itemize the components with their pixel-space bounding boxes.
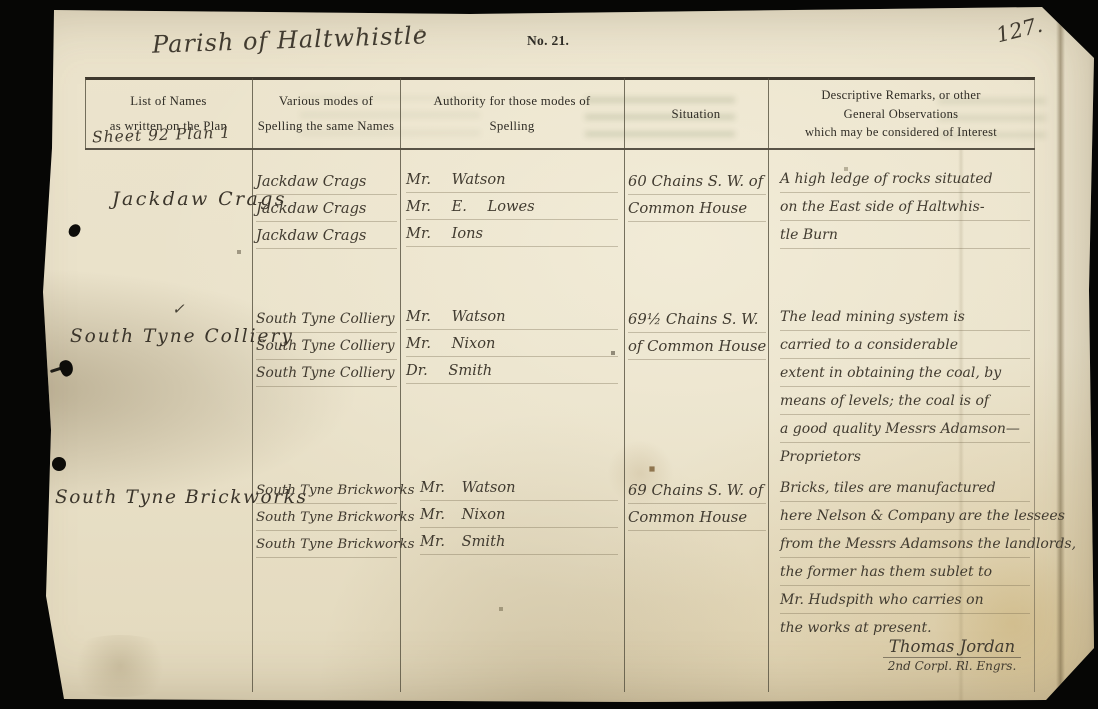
- spelling-entry: South Tyne Colliery: [256, 306, 397, 333]
- column-divider-3: [624, 78, 625, 692]
- ink-blot: [52, 457, 66, 471]
- situation-line: 69 Chains S. W. of: [628, 477, 766, 504]
- situation-line: Common House: [628, 195, 766, 222]
- authority-entry: Mr. Nixon: [406, 330, 618, 357]
- row1-authorities: Mr. Watson Mr. E. Lowes Mr. Ions: [406, 166, 618, 247]
- header-line: Situation: [624, 102, 768, 127]
- spelling-entry: South Tyne Brickworks: [256, 477, 397, 504]
- column-divider-1: [252, 78, 253, 692]
- page-number: 127.: [994, 13, 1045, 48]
- authority-entry: Mr. Watson: [406, 166, 618, 193]
- row2-authorities: Mr. Watson Mr. Nixon Dr. Smith: [406, 303, 618, 384]
- row3-authorities: Mr. Watson Mr. Nixon Mr. Smith: [420, 474, 618, 555]
- signature-rank: 2nd Corpl. Rl. Engrs.: [852, 659, 1052, 673]
- parish-title: Parish of Haltwhistle: [152, 21, 429, 59]
- header-line: Authority for those modes of: [400, 89, 624, 114]
- authority-entry: Mr. Ions: [406, 220, 618, 247]
- row1-spellings: Jackdaw Crags Jackdaw Crags Jackdaw Crag…: [256, 168, 397, 249]
- remarks-line: Bricks, tiles are manufactured: [780, 474, 1030, 502]
- ink-blot: [67, 223, 81, 239]
- authority-entry: Mr. Watson: [406, 303, 618, 330]
- remarks-line: carried to a considerable: [780, 331, 1030, 359]
- table-border-right: [1034, 78, 1035, 692]
- authority-entry: Dr. Smith: [406, 357, 618, 384]
- situation-line: Common House: [628, 504, 766, 531]
- remarks-line: means of levels; the coal is of: [780, 387, 1030, 415]
- scanned-document: Parish of Haltwhistle No. 21. 127. List …: [0, 0, 1098, 709]
- remarks-line: The lead mining system is: [780, 303, 1030, 331]
- remarks-line: tle Burn: [780, 221, 1030, 249]
- paper-crease: [1056, 8, 1065, 700]
- spelling-entry: Jackdaw Crags: [256, 222, 397, 249]
- situation-line: 69½ Chains S. W.: [628, 306, 766, 333]
- header-line: which may be considered of Interest: [768, 123, 1034, 142]
- header-authority: Authority for those modes of Spelling: [400, 89, 624, 139]
- row3-remarks: Bricks, tiles are manufactured here Nels…: [780, 474, 1030, 641]
- remarks-line: Proprietors: [780, 443, 1030, 470]
- plan-note: Sheet 92 Plan 1: [92, 124, 232, 147]
- situation-line: 60 Chains S. W. of: [628, 168, 766, 195]
- surveyor-signature: Thomas Jordan 2nd Corpl. Rl. Engrs.: [852, 637, 1052, 673]
- remarks-line: Mr. Hudspith who carries on: [780, 586, 1030, 614]
- row2-situation: 69½ Chains S. W. of Common House: [628, 306, 766, 360]
- table-top-rule: [85, 77, 1035, 80]
- row2-spellings: South Tyne Colliery South Tyne Colliery …: [256, 306, 397, 387]
- signature-name: Thomas Jordan: [883, 637, 1021, 658]
- table-header-rule: [85, 148, 1035, 150]
- spelling-entry: South Tyne Colliery: [256, 333, 397, 360]
- row1-remarks: A high ledge of rocks situated on the Ea…: [780, 165, 1030, 249]
- header-line: List of Names: [85, 89, 252, 114]
- row3-situation: 69 Chains S. W. of Common House: [628, 477, 766, 531]
- header-modes-of-spelling: Various modes of Spelling the same Names: [252, 89, 400, 139]
- spelling-entry: South Tyne Brickworks: [256, 531, 397, 558]
- spelling-entry: Jackdaw Crags: [256, 168, 397, 195]
- spelling-entry: South Tyne Brickworks: [256, 504, 397, 531]
- authority-entry: Mr. Smith: [420, 528, 618, 555]
- row3-spellings: South Tyne Brickworks South Tyne Brickwo…: [256, 477, 397, 558]
- situation-line: of Common House: [628, 333, 766, 360]
- column-divider-2: [400, 78, 401, 692]
- authority-entry: Mr. Nixon: [420, 501, 618, 528]
- authority-entry: Mr. E. Lowes: [406, 193, 618, 220]
- remarks-line: extent in obtaining the coal, by: [780, 359, 1030, 387]
- paper-sheet: Parish of Haltwhistle No. 21. 127. List …: [0, 0, 1098, 709]
- remarks-line: on the East side of Haltwhis-: [780, 193, 1030, 221]
- remarks-line: from the Messrs Adamsons the landlords,: [780, 530, 1030, 558]
- paper-specks: [0, 0, 2, 2]
- header-line: Various modes of: [252, 89, 400, 114]
- spelling-entry: South Tyne Colliery: [256, 360, 397, 387]
- header-line: Spelling the same Names: [252, 114, 400, 139]
- remarks-line: A high ledge of rocks situated: [780, 165, 1030, 193]
- authority-entry: Mr. Watson: [420, 474, 618, 501]
- column-divider-4: [768, 78, 769, 692]
- header-descriptive-remarks: Descriptive Remarks, or other General Ob…: [768, 86, 1034, 142]
- remarks-line: the former has them sublet to: [780, 558, 1030, 586]
- row2-remarks: The lead mining system is carried to a c…: [780, 303, 1030, 470]
- row1-situation: 60 Chains S. W. of Common House: [628, 168, 766, 222]
- paper-stain: [55, 635, 185, 697]
- header-line: Descriptive Remarks, or other: [768, 86, 1034, 105]
- remarks-line: a good quality Messrs Adamson—: [780, 415, 1030, 443]
- header-line: General Observations: [768, 105, 1034, 124]
- header-situation: Situation: [624, 102, 768, 127]
- check-mark: ✓: [172, 300, 185, 318]
- document-number: No. 21.: [527, 33, 569, 49]
- remarks-line: here Nelson & Company are the lessees: [780, 502, 1030, 530]
- spelling-entry: Jackdaw Crags: [256, 195, 397, 222]
- header-line: Spelling: [400, 114, 624, 139]
